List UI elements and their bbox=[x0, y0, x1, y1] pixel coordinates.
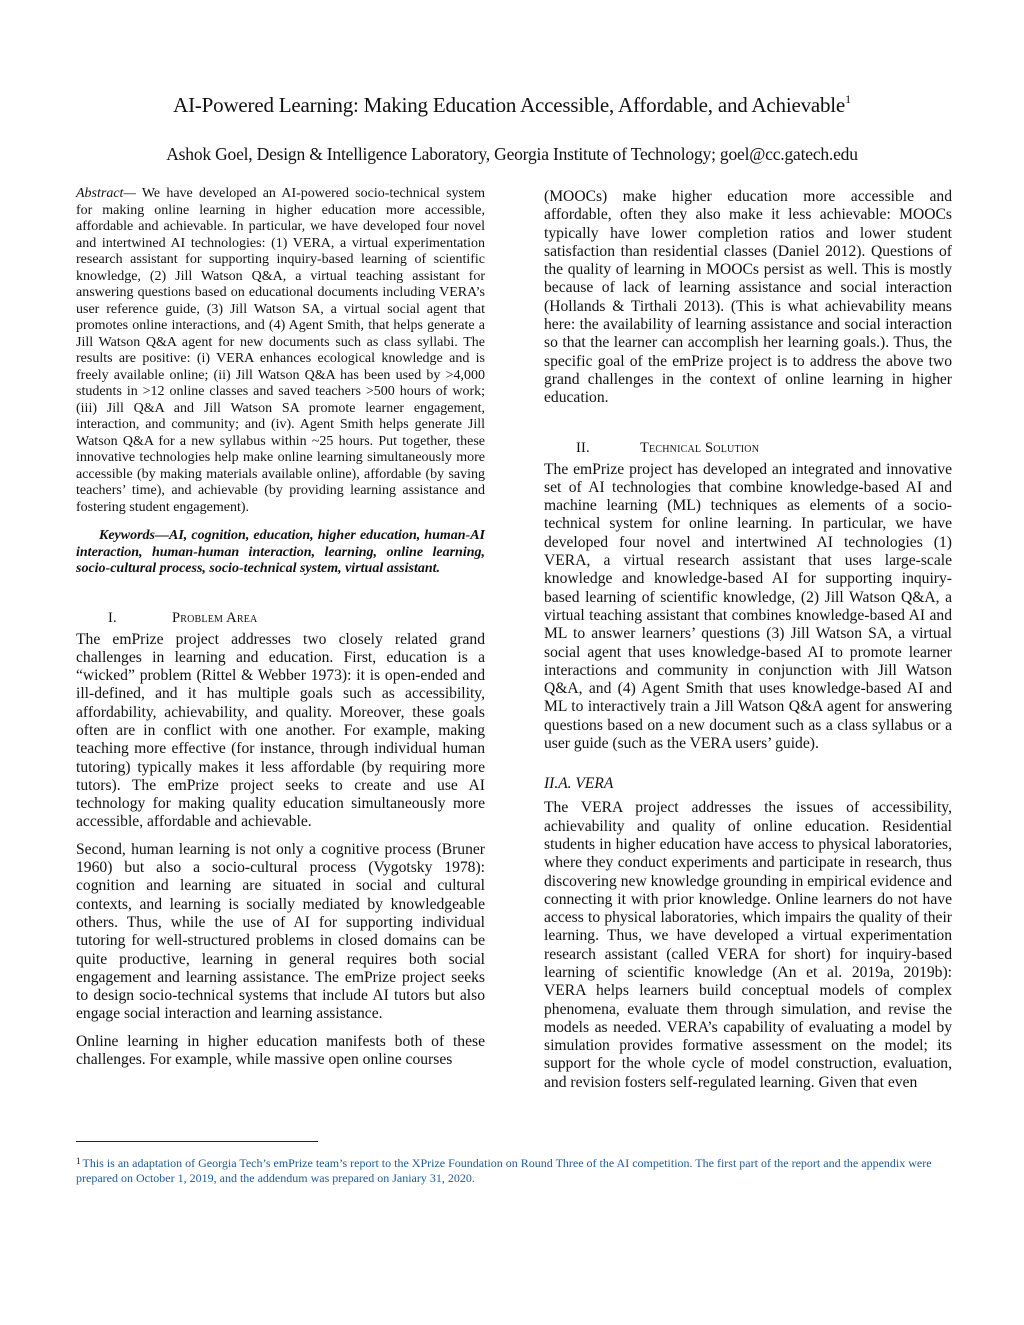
section-number: I. bbox=[108, 610, 172, 627]
section-title: Problem Area bbox=[172, 610, 257, 626]
abstract-label: Abstract— bbox=[76, 186, 136, 201]
section-body-problem-area: The emPrize project addresses two closel… bbox=[76, 631, 485, 1070]
paragraph: The VERA project addresses the issues of… bbox=[544, 799, 952, 1092]
section-heading-technical-solution: II.Technical Solution bbox=[544, 440, 952, 457]
section-number: II. bbox=[576, 440, 640, 457]
paper-title: AI-Powered Learning: Making Education Ac… bbox=[0, 92, 1024, 118]
title-footnote-mark: 1 bbox=[845, 92, 851, 106]
footnote-mark: 1 bbox=[76, 1156, 81, 1166]
paragraph: Second, human learning is not only a cog… bbox=[76, 841, 485, 1024]
subsection-body-vera: The VERA project addresses the issues of… bbox=[544, 799, 952, 1092]
paragraph: The emPrize project has developed an int… bbox=[544, 461, 952, 754]
section-body-technical-solution: The emPrize project has developed an int… bbox=[544, 461, 952, 754]
footnote-text: This is an adaptation of Georgia Tech’s … bbox=[76, 1156, 932, 1185]
subsection-heading-vera: II.A. VERA bbox=[544, 775, 952, 793]
left-column: Abstract— We have developed an AI-powere… bbox=[76, 186, 485, 1069]
abstract-text: We have developed an AI-powered socio-te… bbox=[76, 186, 485, 515]
right-column: (MOOCs) make higher education more acces… bbox=[544, 188, 952, 1092]
paragraph: The emPrize project addresses two closel… bbox=[76, 631, 485, 832]
footnote: 1This is an adaptation of Georgia Tech’s… bbox=[76, 1154, 956, 1186]
footnote-divider bbox=[76, 1141, 318, 1142]
paragraph: Online learning in higher education mani… bbox=[76, 1033, 485, 1070]
section-body-continued: (MOOCs) make higher education more acces… bbox=[544, 188, 952, 408]
section-heading-problem-area: I.Problem Area bbox=[76, 610, 485, 627]
paragraph: (MOOCs) make higher education more acces… bbox=[544, 188, 952, 408]
keywords: Keywords—AI, cognition, education, highe… bbox=[76, 528, 485, 578]
author-line: Ashok Goel, Design & Intelligence Labora… bbox=[0, 144, 1024, 165]
abstract: Abstract— We have developed an AI-powere… bbox=[76, 186, 485, 516]
paper-title-text: AI-Powered Learning: Making Education Ac… bbox=[173, 93, 845, 117]
section-title: Technical Solution bbox=[640, 440, 759, 456]
